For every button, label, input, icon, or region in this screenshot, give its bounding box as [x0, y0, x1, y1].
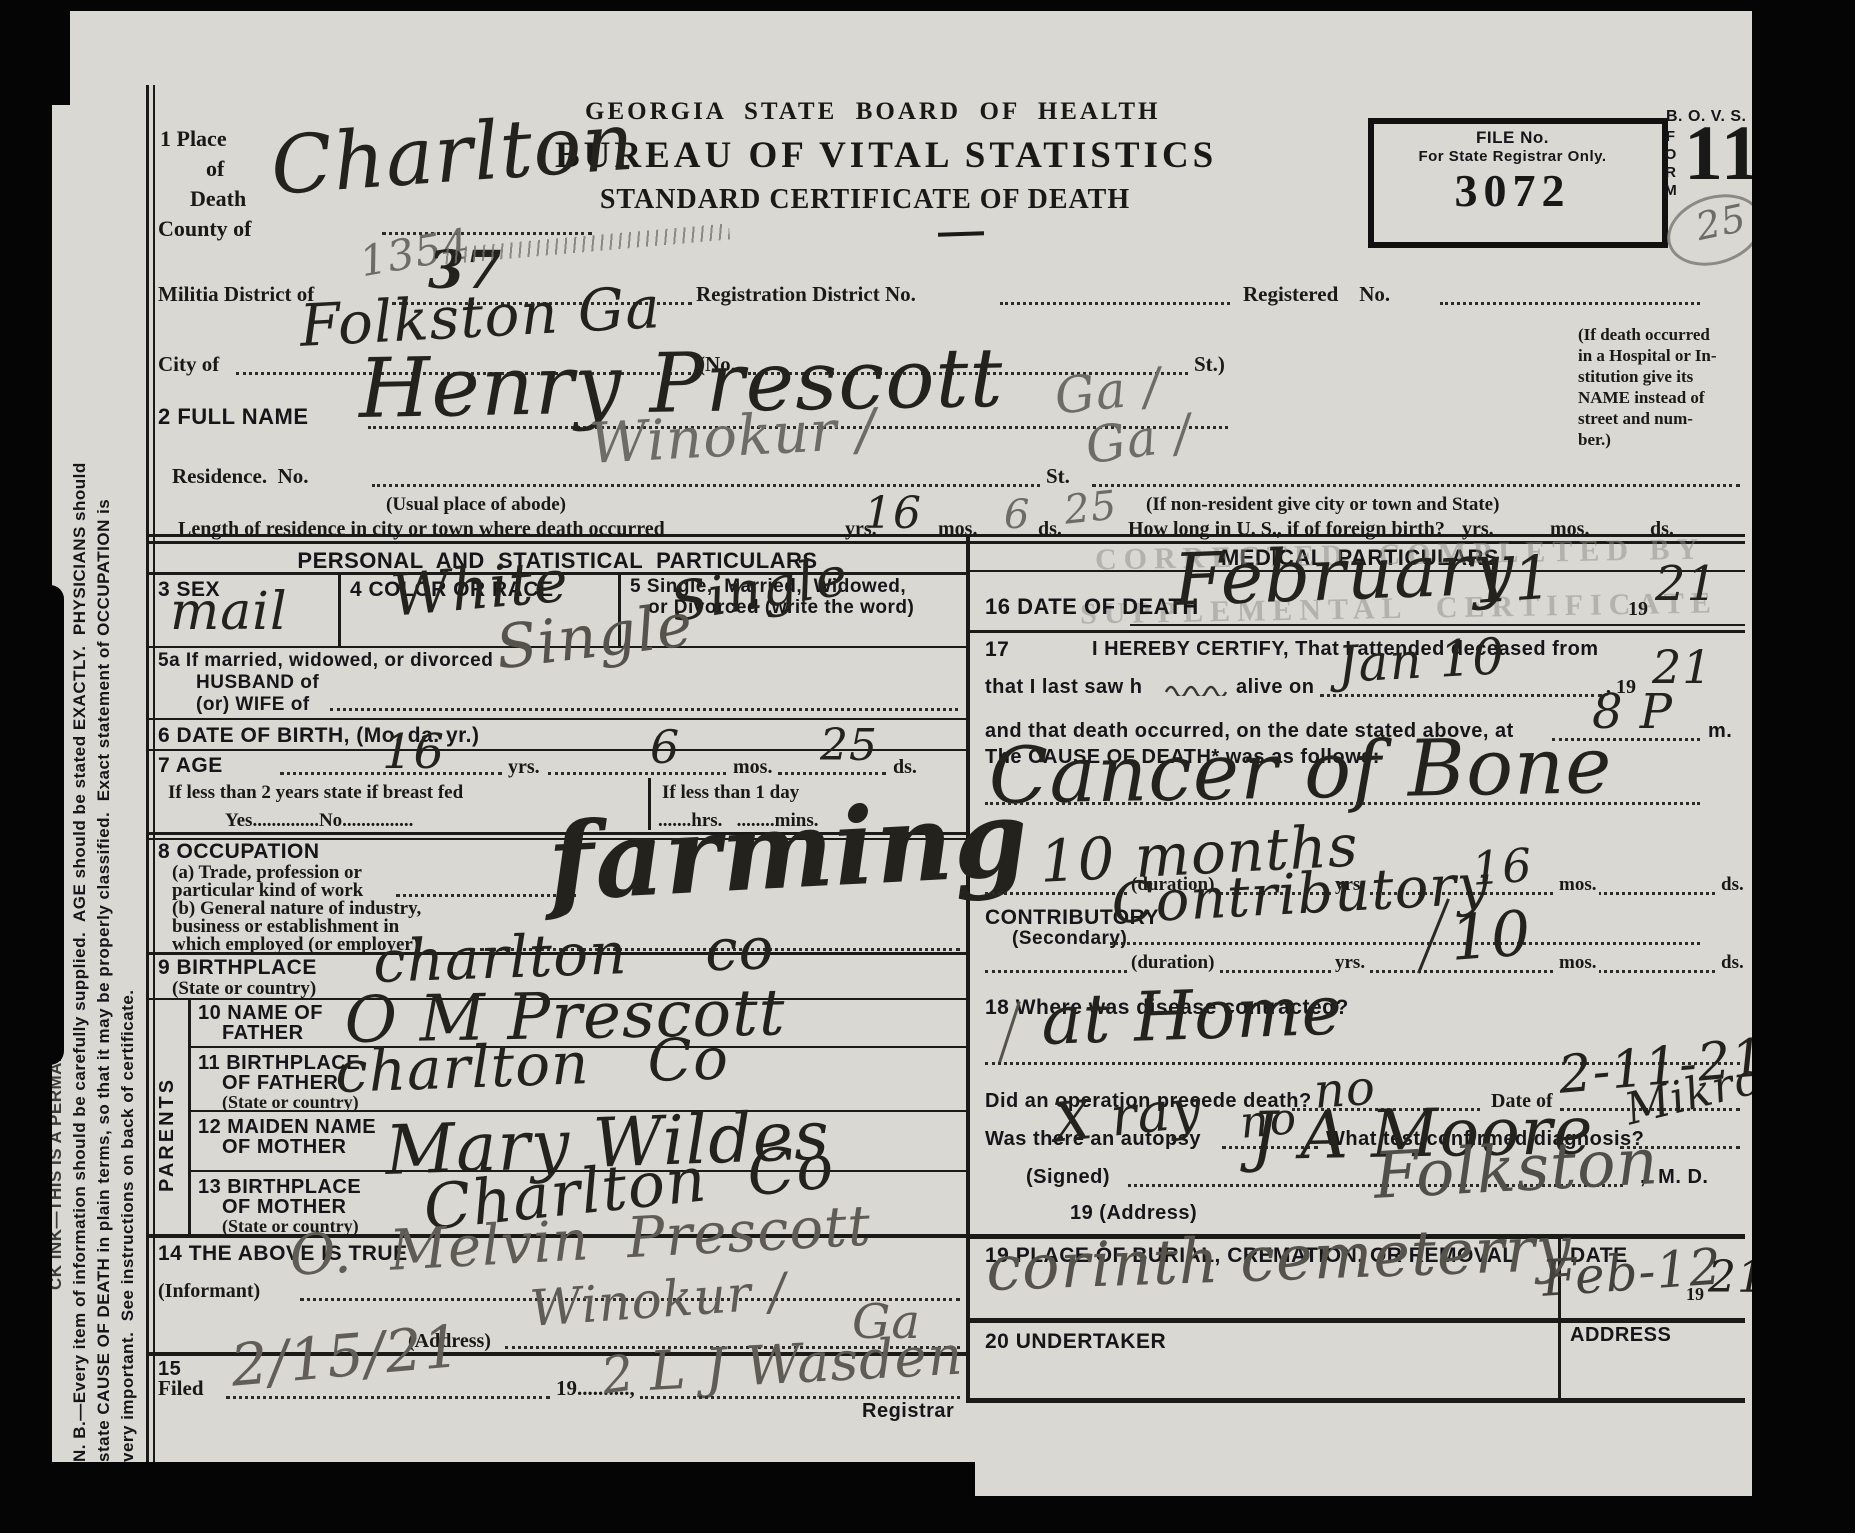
column-divider [966, 537, 970, 1402]
dotted-line [330, 708, 958, 711]
burial-year-printed: 19 [1686, 1284, 1704, 1305]
cell-divider [338, 572, 341, 646]
length-mos-value: 6 [1004, 492, 1030, 538]
residence-st-label: St. [1046, 464, 1070, 489]
father-label-2: FATHER [222, 1022, 304, 1045]
place-label-3: Death [190, 186, 246, 212]
dotted-line [1110, 942, 1700, 945]
fullname-label: 2 FULL NAME [158, 404, 309, 430]
length-yrs-value: 16 [864, 488, 922, 539]
file-number-label: FILE No. [1390, 128, 1635, 148]
form-frame-line [146, 85, 149, 1462]
scan-bottom-left-bar [0, 1462, 975, 1533]
age-yrs-value: 16 [382, 724, 445, 780]
form-word-label: FORM [1662, 128, 1679, 200]
informant-sublabel: (Informant) [158, 1280, 260, 1303]
scan-blot-corner [0, 0, 70, 105]
form-frame-line [153, 85, 155, 1462]
place-label-4: County of [158, 216, 252, 242]
f5a-husband-label: HUSBAND of [196, 672, 319, 694]
yes-no-label: Yes..............No............... [225, 810, 413, 832]
dotted-line [985, 802, 1700, 805]
length-label: Length of residence in city or town wher… [178, 518, 665, 541]
contracted-value: at Home [1040, 971, 1344, 1060]
scribble-him [1164, 680, 1228, 696]
margin-note-line2: state CAUSE OF DEATH in plain terms, so … [94, 499, 114, 1462]
signed-label: (Signed) [1026, 1166, 1110, 1189]
undertaker-label: 20 UNDERTAKER [985, 1330, 1166, 1354]
duration2-value: 10 [1448, 896, 1534, 974]
duration1-ds-label: ds. [1718, 874, 1747, 896]
undertaker-address-divider [1558, 1323, 1561, 1400]
residence-label: Residence. No. [172, 464, 308, 489]
undertaker-address-label: ADDRESS [1570, 1324, 1671, 1347]
sex-value: mail [170, 582, 288, 642]
duration1-mos-label: mos. [1556, 874, 1599, 896]
rule [966, 1398, 1745, 1403]
file-number-sublabel: For State Registrar Only. [1380, 148, 1645, 165]
header-board: GEORGIA STATE BOARD OF HEALTH [585, 98, 1145, 126]
place-label-2: of [206, 156, 224, 182]
city-label: City of [158, 352, 219, 377]
militia-district-label: Militia District of [158, 282, 314, 307]
age-yrs-label: yrs. [505, 756, 543, 779]
contributory-sublabel: (Secondary) [1012, 928, 1127, 950]
birthplace-sub: (State or country) [172, 978, 316, 1000]
scan-blot-left [28, 585, 64, 1065]
breastfed-label: If less than 2 years state if breast fed [168, 782, 463, 804]
dotted-line [226, 1396, 550, 1399]
certify-number: 17 [985, 638, 1009, 662]
duration2-mos-label: mos. [1556, 952, 1599, 974]
birthplace-label: 9 BIRTHPLACE [158, 956, 317, 980]
date-of-death-month: February [1172, 526, 1516, 622]
parents-side-label: PARENTS [156, 1077, 179, 1192]
rule [1130, 624, 1745, 626]
place-label-1: 1 Place [160, 126, 227, 152]
physician-address-label: 19 (Address) [1070, 1202, 1197, 1225]
lastsaw-date: Jan 10 [1336, 627, 1506, 694]
form-number: 11 [1684, 108, 1762, 198]
date-of-death-day: 11 [1472, 543, 1555, 618]
registered-no-label: Registered No. [1243, 282, 1390, 307]
age-ds-value: 25 [820, 720, 878, 771]
margin-note-line1: N. B.—Every item of information should b… [70, 462, 90, 1462]
file-number-value: 3072 [1390, 164, 1635, 217]
f5a-label: 5a If married, widowed, or divorced [158, 650, 493, 672]
occupation-label: 8 OCCUPATION [158, 840, 320, 864]
dotted-line [1000, 302, 1230, 305]
cause-value: Cancer of Bone [988, 721, 1613, 822]
f5a-wife-label: (or) WIFE of [196, 694, 310, 716]
length-ds-label: ds. [1038, 518, 1062, 541]
header-bureau: BUREAU OF VITAL STATISTICS [555, 134, 1175, 177]
age-ds-label: ds. [890, 756, 920, 779]
dotted-line [778, 772, 886, 775]
abode-note: (Usual place of abode) [386, 494, 566, 516]
nonresident-note: (If non-resident give city or town and S… [1146, 494, 1499, 516]
hospital-note: (If death occurred in a Hospital or In- … [1578, 324, 1717, 450]
dotted-line [1092, 484, 1740, 487]
margin-note-line3: very important. See instructions on back… [118, 989, 138, 1462]
date-of-death-year: 21 [1655, 556, 1718, 612]
date-of-death-year-printed: 19 [1628, 598, 1648, 621]
registrar-label: Registrar [862, 1400, 954, 1423]
length-mos-label: mos. [938, 518, 977, 541]
parents-divider [188, 998, 191, 1234]
alive-on-text: alive on [1236, 676, 1314, 699]
age-label: 7 AGE [158, 754, 223, 778]
occupation-value: farming [545, 775, 1032, 925]
m-label: m. [1708, 720, 1732, 743]
dotted-line [548, 772, 726, 775]
dotted-line [1440, 302, 1700, 305]
length-ds-value: 25 [1062, 482, 1119, 533]
dotted-line [1320, 694, 1602, 697]
lastsaw-text: that I last saw h [985, 676, 1142, 699]
filed-label: Filed [158, 1376, 204, 1401]
date-of-death-label: 16 DATE OF DEATH [985, 594, 1199, 620]
rule [966, 1318, 1745, 1323]
scan-edge-right [1752, 0, 1855, 1533]
father-bp-value: charlton Co [334, 1024, 730, 1106]
mother-label-2: OF MOTHER [222, 1136, 347, 1159]
header-standard: STANDARD CERTIFICATE OF DEATH [585, 184, 1145, 216]
rule [966, 630, 1745, 633]
city-st-label: St.) [1194, 352, 1225, 377]
age-mos-label: mos. [730, 756, 775, 779]
scan-edge-top [0, 0, 1855, 11]
age-mos-value: 6 [650, 720, 680, 774]
duration2-label: (duration) [1128, 952, 1217, 974]
physician-address: Folkston [1372, 1125, 1660, 1214]
scanned-death-certificate: CK INK—THIS IS A PERMANENT R N. B.—Every… [0, 0, 1855, 1533]
registration-district-label: Registration District No. [696, 282, 916, 307]
dotted-line [372, 484, 1040, 487]
dotted-line [640, 1396, 960, 1399]
duration2-ds-label: ds. [1718, 952, 1747, 974]
